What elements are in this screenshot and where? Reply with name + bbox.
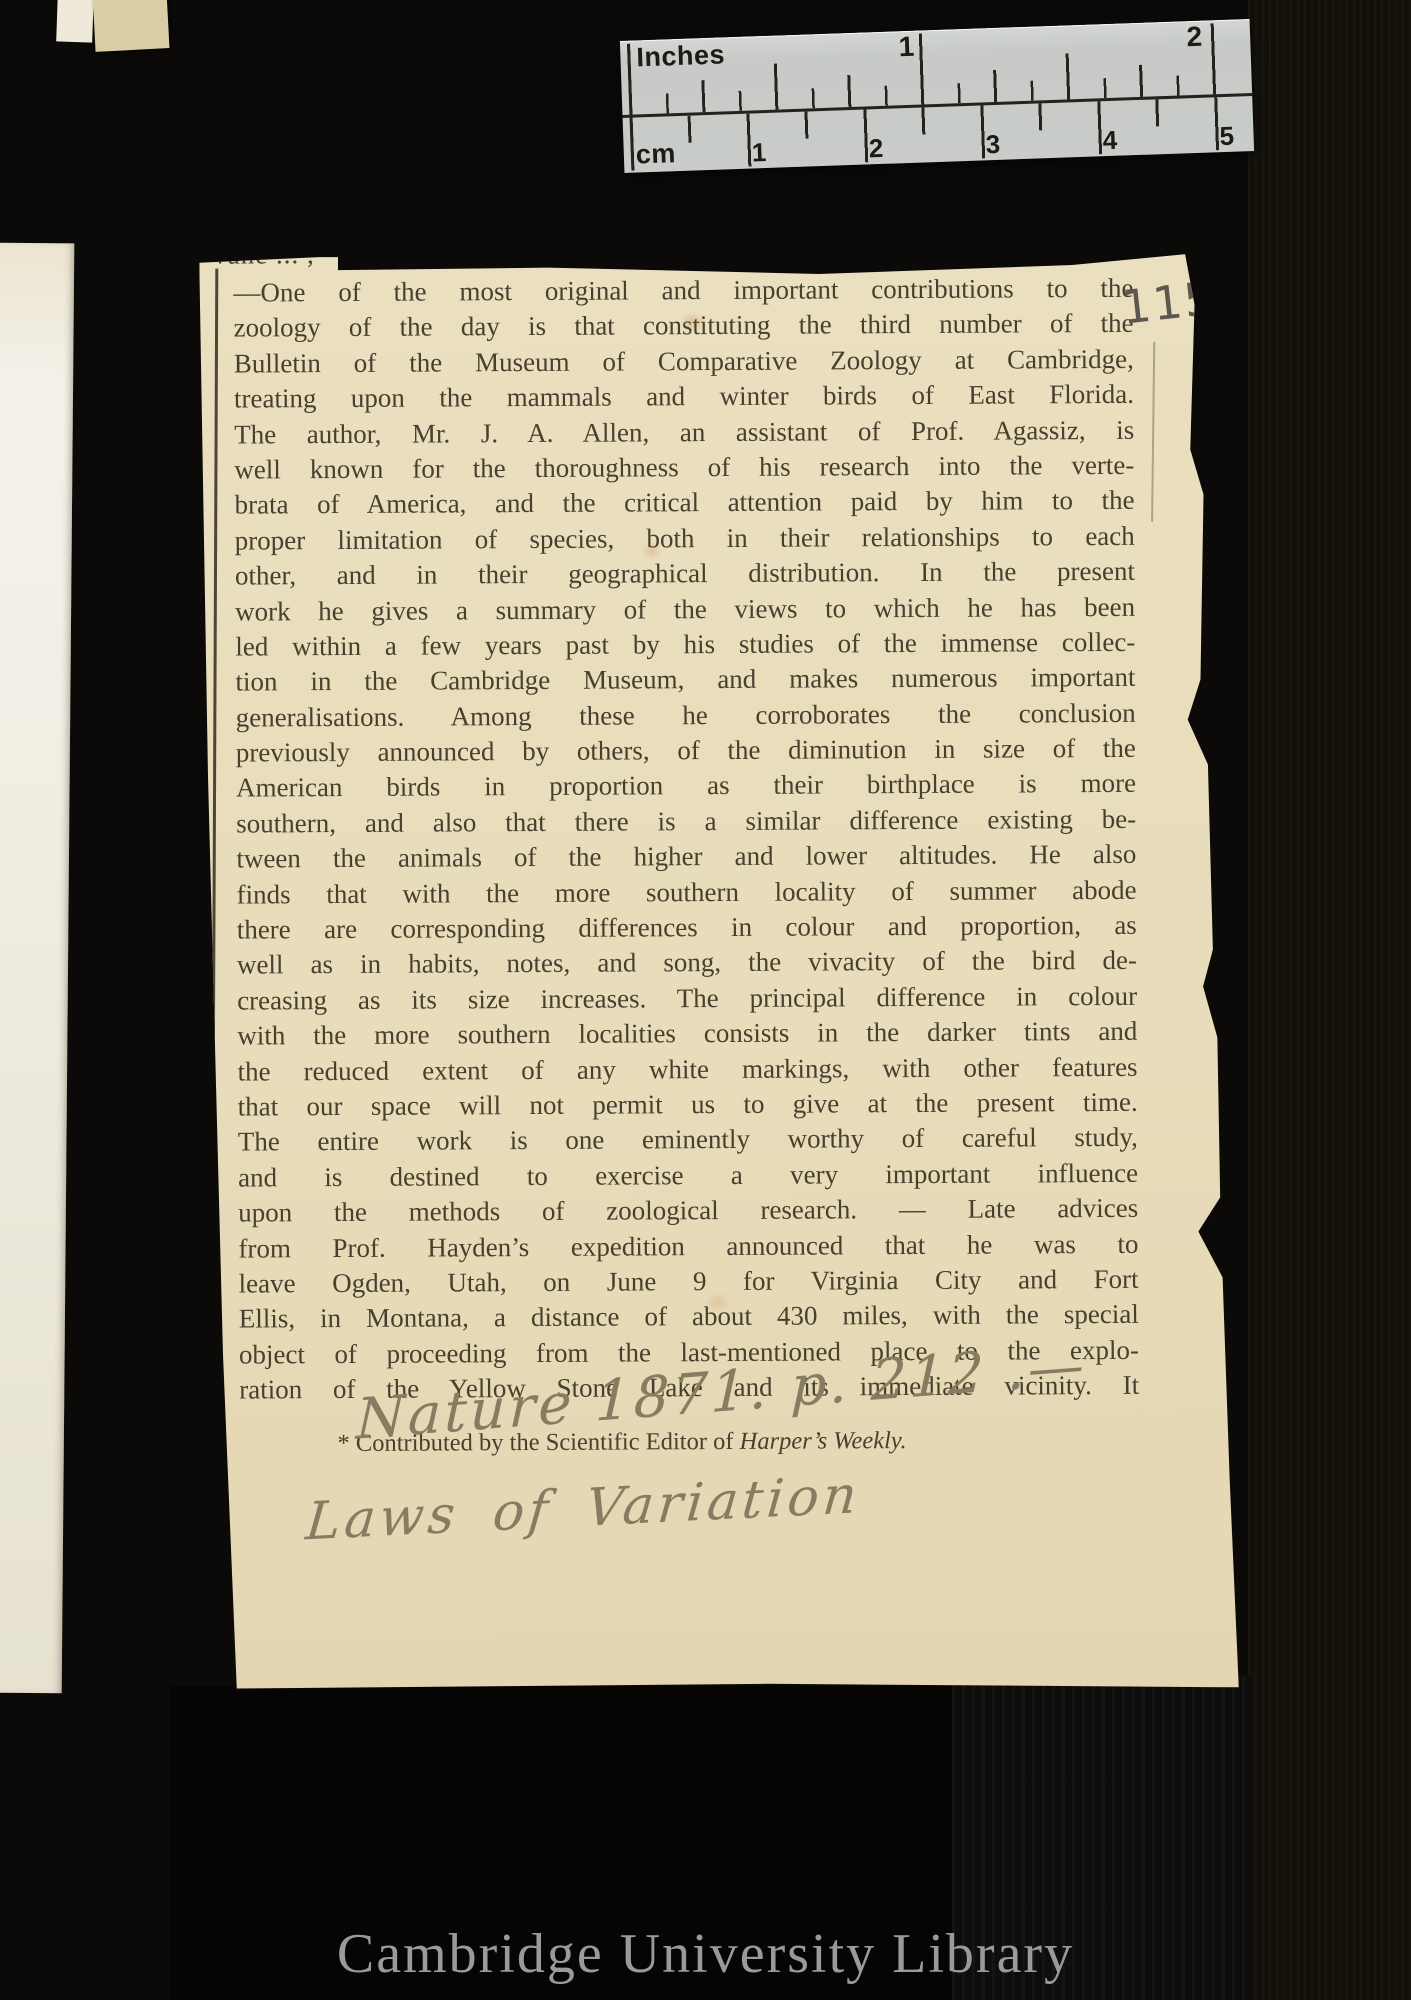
article-line: upon the methods of zoological research.… xyxy=(238,1191,1138,1231)
article-line: leave Ogden, Utah, on June 9 for Virgini… xyxy=(239,1262,1139,1302)
printed-column-rule xyxy=(210,269,218,1513)
ruler-cm-number: 4 xyxy=(1102,125,1118,156)
article-line: and is destined to exercise a very impor… xyxy=(238,1156,1138,1196)
paper-corner-tan xyxy=(93,0,170,52)
ruler-cm-number: 1 xyxy=(751,137,767,168)
measurement-ruler: Inches cm 1 2 1 2 3 4 5 xyxy=(620,19,1254,173)
article-line: —One of the most original and important … xyxy=(233,271,1133,311)
ruler-inch-number: 1 xyxy=(888,31,915,64)
article-line: there are corresponding differences in c… xyxy=(237,908,1137,948)
ruler-cm-number: 2 xyxy=(868,133,884,164)
footnote-journal-title: Harper’s Weekly. xyxy=(740,1427,907,1455)
article-line: other, and in their geographical distrib… xyxy=(235,554,1135,594)
article-line: well known for the thoroughness of his r… xyxy=(234,448,1134,488)
article-line: from Prof. Hayden’s expedition announced… xyxy=(238,1226,1138,1266)
article-line: proper limitation of species, both in th… xyxy=(235,519,1135,559)
article-line: Ellis, in Montana, a distance of about 4… xyxy=(239,1297,1139,1337)
background-cloth-right xyxy=(1248,0,1411,2000)
newspaper-clipping: vane ... , —One of the most original and… xyxy=(199,249,1249,1692)
article-line: American birds in proportion as their bi… xyxy=(236,766,1136,806)
printed-article-text: —One of the most original and important … xyxy=(233,271,1139,1408)
ruler-inches-label: Inches xyxy=(636,39,726,73)
ruler-cm-number: 5 xyxy=(1219,121,1235,152)
paper-edge-left xyxy=(0,243,74,1694)
footnote-marker: * xyxy=(337,1430,349,1457)
article-line: the reduced extent of any white markings… xyxy=(237,1049,1137,1089)
article-line: led within a few years past by his studi… xyxy=(235,625,1135,665)
article-line: finds that with the more southern locali… xyxy=(237,872,1137,912)
article-line: The entire work is one eminently worthy … xyxy=(238,1120,1138,1160)
article-line: creasing as its size increases. The prin… xyxy=(237,979,1137,1019)
article-line: brata of America, and the critical atten… xyxy=(234,483,1134,523)
handwritten-folio-number: 115 xyxy=(1119,271,1218,335)
article-line: treating upon the mammals and winter bir… xyxy=(234,377,1134,417)
article-line: generalisations. Among these he corrobor… xyxy=(236,696,1136,736)
article-line: zoology of the day is that constituting … xyxy=(234,306,1134,346)
ruler-cm-label: cm xyxy=(635,138,676,170)
library-watermark: Cambridge University Library xyxy=(0,1922,1411,1986)
article-line: tion in the Cambridge Museum, and makes … xyxy=(235,660,1135,700)
article-line: The author, Mr. J. A. Allen, an assistan… xyxy=(234,412,1134,452)
article-line: Bulletin of the Museum of Comparative Zo… xyxy=(234,342,1134,382)
article-line: well as in habits, notes, and song, the … xyxy=(237,943,1137,983)
handwritten-subject-annotation: Laws of Variation xyxy=(303,1465,863,1552)
article-line: with the more southern localities consis… xyxy=(237,1014,1137,1054)
article-line: previously announced by others, of the d… xyxy=(236,731,1136,771)
article-line: tween the animals of the higher and lowe… xyxy=(236,837,1136,877)
article-line: work he gives a summary of the views to … xyxy=(235,589,1135,629)
ruler-inch-number: 2 xyxy=(1176,21,1203,54)
article-line: that our space will not permit us to giv… xyxy=(238,1085,1138,1125)
archive-photograph: Inches cm 1 2 1 2 3 4 5 vane ... , —One … xyxy=(0,0,1411,2000)
paper-corner-white xyxy=(56,0,94,43)
pencil-stroke xyxy=(1151,342,1155,522)
ruler-cm-number: 3 xyxy=(985,129,1001,160)
article-line: southern, and also that there is a simil… xyxy=(236,802,1136,842)
